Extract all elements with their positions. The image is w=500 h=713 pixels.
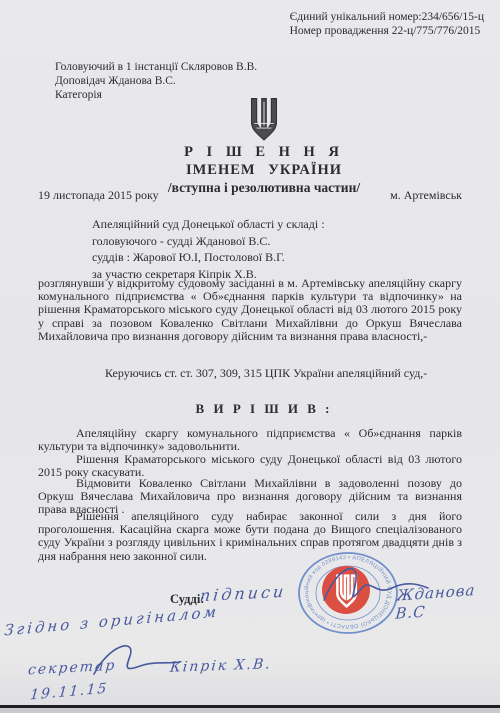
handwritten-certified-note: Згідно з оригіналом <box>4 603 220 640</box>
handwritten-signatures-note: підписи <box>199 582 288 606</box>
handwritten-judge-name: Жданова В.С <box>395 579 500 623</box>
considered-paragraph: розглянувши у відкритому судовому засіда… <box>38 277 462 343</box>
court-round-stamp: • АПЕЛЯЦІЙНИЙ СУД ДОНЕЦЬКОЇ ОБЛАСТІ • ід… <box>296 550 400 636</box>
resolution-paragraph-1: Апеляційну скаргу комунального підприємс… <box>38 427 462 453</box>
tryzub-emblem-icon <box>247 96 281 142</box>
court-name-line: Апеляційний суд Донецької області у скла… <box>92 216 325 233</box>
dateline: м. Артемівськ 19 листопада 2015 року <box>38 188 462 203</box>
handwritten-date: 19.11.15 <box>29 680 108 703</box>
court-composition-block: Апеляційний суд Донецької області у скла… <box>92 216 325 282</box>
case-numbers-block: Єдиний унікальний номер:234/656/15-ц Ном… <box>290 10 484 38</box>
decided-heading: В И Р І Ш И В : <box>0 401 500 417</box>
scan-edge-strip <box>0 708 500 713</box>
dateline-city: м. Артемівськ <box>390 188 462 203</box>
guided-by-line: Керуючись ст. ст. 307, 309, 315 ЦПК Укра… <box>105 366 445 381</box>
proceeding-number: Номер провадження 22-ц/775/776/2015 <box>290 24 484 38</box>
scanned-court-decision-page: Єдиний унікальний номер:234/656/15-ц Ном… <box>0 0 500 713</box>
rapporteur-line: Доповідач Жданова В.С. <box>55 74 257 88</box>
first-instance-block: Головуючий в 1 інстанції Скляровов В.В. … <box>55 60 257 102</box>
handwritten-secretary-label: секретар <box>27 658 117 679</box>
judges-line: суддів : Жарової Ю.І, Постолової В.Г. <box>92 249 325 266</box>
title-decision: Р І Ш Е Н Н Я <box>28 144 500 161</box>
dateline-date: 19 листопада 2015 року <box>38 188 159 202</box>
unique-case-number: Єдиний унікальний номер:234/656/15-ц <box>290 10 484 24</box>
title-in-the-name-of-ukraine: ІМЕНЕМ УКРАЇНИ <box>28 162 500 179</box>
presiding-judge-line: Головуючий в 1 інстанції Скляровов В.В. <box>55 60 257 74</box>
category-line: Категорія <box>55 88 257 102</box>
presiding-line: головуючого - судді Жданової В.С. <box>92 233 325 250</box>
handwritten-secretary-name: Кіпрік Х.В. <box>169 656 272 676</box>
